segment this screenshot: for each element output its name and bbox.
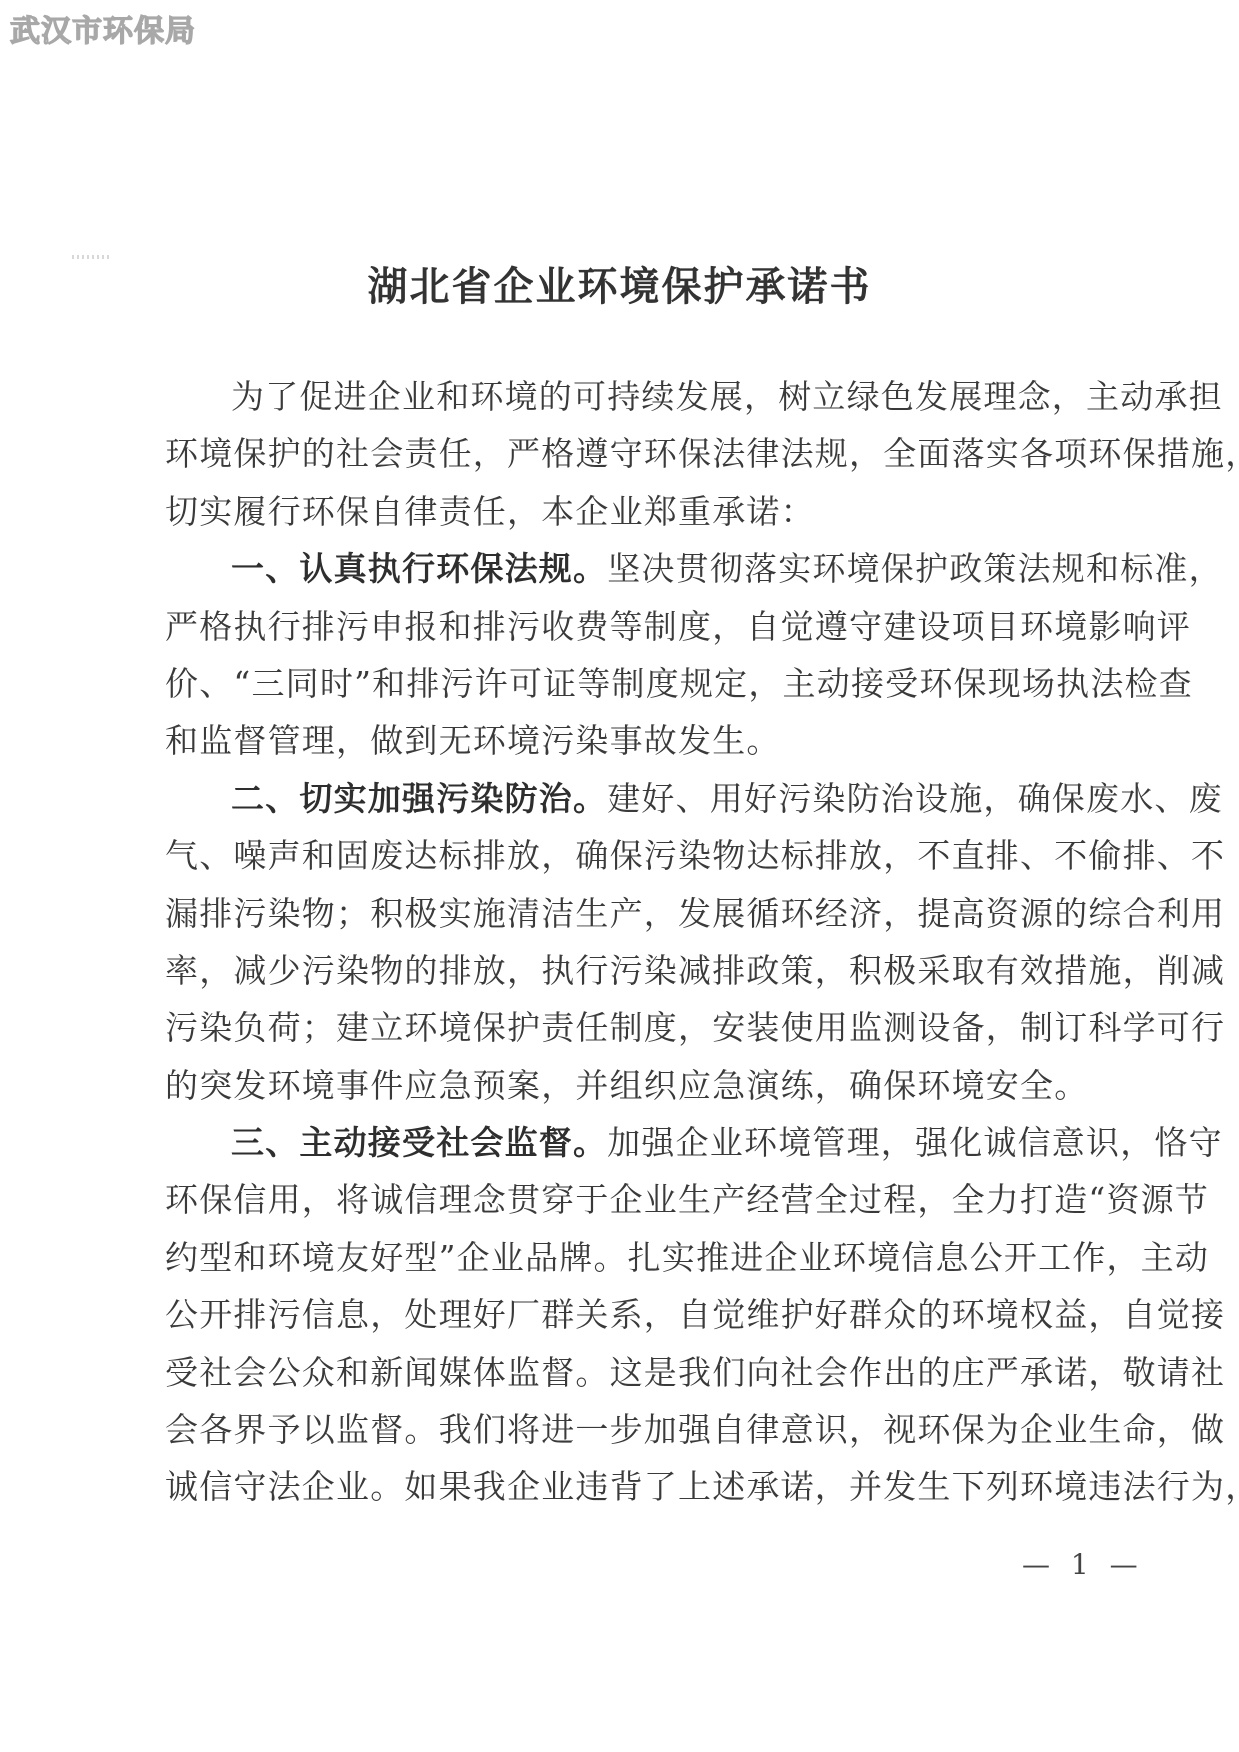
text-line: 价、“三同时”和排污许可证等制度规定，主动接受环保现场执法检查 (165, 655, 1155, 712)
line-text: 率，减少污染物的排放，执行污染减排政策，积极采取有效措施，削减 (165, 951, 1225, 990)
document-body: 为了促进企业和环境的可持续发展，树立绿色发展理念，主动承担 环境保护的社会责任，… (165, 368, 1155, 1516)
text-line: 率，减少污染物的排放，执行污染减排政策，积极采取有效措施，削减 (165, 942, 1155, 999)
line-text: 公开排污信息，处理好厂群关系，自觉维护好群众的环境权益，自觉接 (165, 1295, 1225, 1334)
text-line: 环保信用，将诚信理念贯穿于企业生产经营全过程，全力打造“资源节 (165, 1171, 1155, 1228)
line-text: 价、“三同时”和排污许可证等制度规定，主动接受环保现场执法检查 (165, 664, 1193, 703)
text-line: 会各界予以监督。我们将进一步加强自律意识，视环保为企业生命，做 (165, 1401, 1155, 1458)
text-line: 诚信守法企业。如果我企业违背了上述承诺，并发生下列环境违法行为， (165, 1458, 1155, 1515)
text-line: 约型和环境友好型”企业品牌。扎实推进企业环境信息公开工作，主动 (165, 1229, 1155, 1286)
line-text: 约型和环境友好型”企业品牌。扎实推进企业环境信息公开工作，主动 (165, 1238, 1209, 1277)
line-text: 为了促进企业和环境的可持续发展，树立绿色发展理念，主动承担 (231, 377, 1223, 416)
line-text: 受社会公众和新闻媒体监督。这是我们向社会作出的庄严承诺，敬请社 (165, 1353, 1225, 1392)
line-text: 会各界予以监督。我们将进一步加强自律意识，视环保为企业生命，做 (165, 1410, 1225, 1449)
line-text: 漏排污染物；积极实施清洁生产，发展循环经济，提高资源的综合利用 (165, 894, 1225, 933)
section-heading: 一、认真执行环保法规。 (231, 549, 607, 588)
text-line: 漏排污染物；积极实施清洁生产，发展循环经济，提高资源的综合利用 (165, 885, 1155, 942)
section-heading: 二、切实加强污染防治。 (231, 779, 607, 818)
document-title: 湖北省企业环境保护承诺书 (0, 255, 1239, 312)
text-line: 二、切实加强污染防治。建好、用好污染防治设施，确保废水、废 (165, 770, 1155, 827)
text-line: 三、主动接受社会监督。加强企业环境管理，强化诚信意识，恪守 (165, 1114, 1155, 1171)
text-line: 切实履行环保自律责任，本企业郑重承诺： (165, 483, 1155, 540)
line-text: 切实履行环保自律责任，本企业郑重承诺： (165, 492, 815, 531)
text-line: 的突发环境事件应急预案，并组织应急演练，确保环境安全。 (165, 1057, 1155, 1114)
text-line: 严格执行排污申报和排污收费等制度，自觉遵守建设项目环境影响评 (165, 598, 1155, 655)
page-number: — 1 — (1022, 1548, 1144, 1581)
text-line: 为了促进企业和环境的可持续发展，树立绿色发展理念，主动承担 (165, 368, 1155, 425)
line-text: 建好、用好污染防治设施，确保废水、废 (607, 779, 1223, 818)
line-text: 严格执行排污申报和排污收费等制度，自觉遵守建设项目环境影响评 (165, 607, 1191, 646)
line-text: 环境保护的社会责任，严格遵守环保法律法规，全面落实各项环保措施， (165, 434, 1239, 473)
line-text: 的突发环境事件应急预案，并组织应急演练，确保环境安全。 (165, 1066, 1088, 1105)
text-line: 污染负荷；建立环境保护责任制度，安装使用监测设备，制订科学可行 (165, 999, 1155, 1056)
text-line: 气、噪声和固废达标排放，确保污染物达标排放，不直排、不偷排、不 (165, 827, 1155, 884)
text-line: 环境保护的社会责任，严格遵守环保法律法规，全面落实各项环保措施， (165, 425, 1155, 482)
line-text: 和监督管理，做到无环境污染事故发生。 (165, 721, 781, 760)
line-text: 气、噪声和固废达标排放，确保污染物达标排放，不直排、不偷排、不 (165, 836, 1225, 875)
line-text: 坚决贯彻落实环境保护政策法规和标准， (607, 549, 1223, 588)
line-text: 污染负荷；建立环境保护责任制度，安装使用监测设备，制订科学可行 (165, 1008, 1225, 1047)
text-line: 和监督管理，做到无环境污染事故发生。 (165, 712, 1155, 769)
line-text: 加强企业环境管理，强化诚信意识，恪守 (607, 1123, 1223, 1162)
line-text: 环保信用，将诚信理念贯穿于企业生产经营全过程，全力打造“资源节 (165, 1180, 1209, 1219)
section-heading: 三、主动接受社会监督。 (231, 1123, 607, 1162)
text-line: 公开排污信息，处理好厂群关系，自觉维护好群众的环境权益，自觉接 (165, 1286, 1155, 1343)
text-line: 受社会公众和新闻媒体监督。这是我们向社会作出的庄严承诺，敬请社 (165, 1344, 1155, 1401)
text-line: 一、认真执行环保法规。坚决贯彻落实环境保护政策法规和标准， (165, 540, 1155, 597)
line-text: 诚信守法企业。如果我企业违背了上述承诺，并发生下列环境违法行为， (165, 1467, 1239, 1506)
watermark: 武汉市环保局 (10, 6, 196, 50)
